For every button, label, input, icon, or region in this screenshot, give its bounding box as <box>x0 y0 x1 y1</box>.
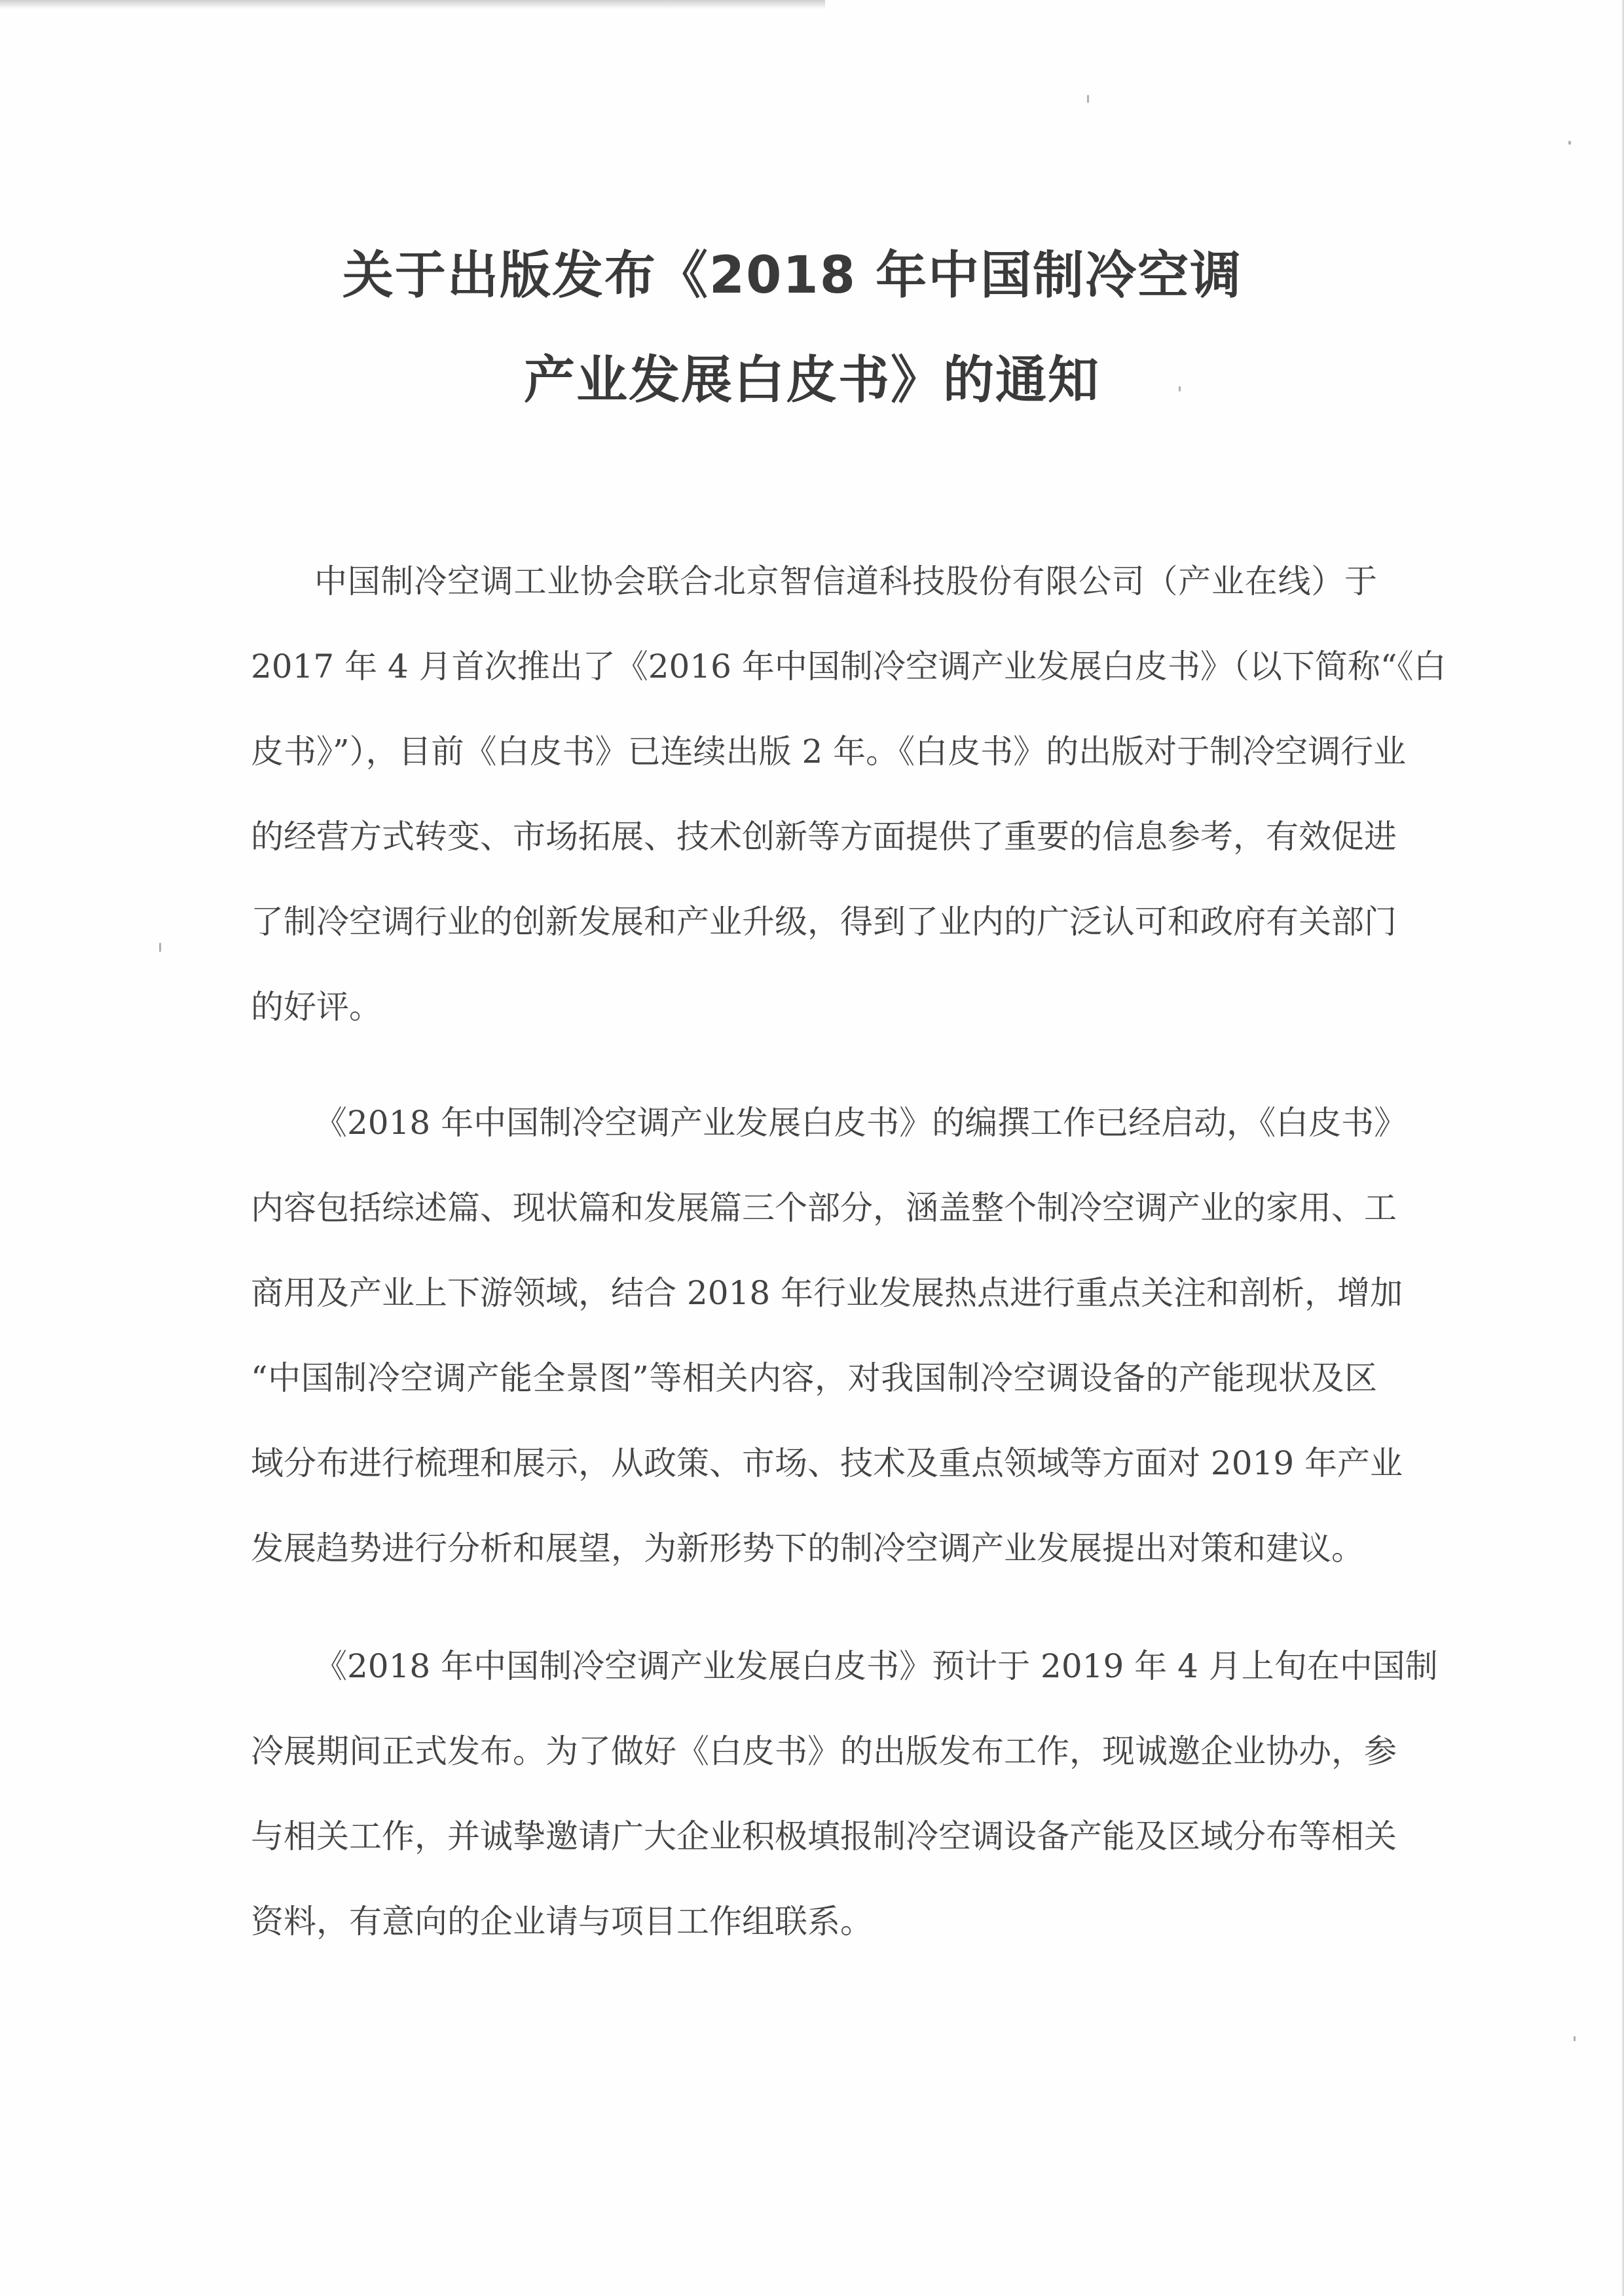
scan-speck <box>1087 95 1089 103</box>
paragraph-line: 皮书》”），目前《白皮书》已连续出版 2 年。《白皮书》的出版对于制冷空调行业 <box>251 732 1377 771</box>
paragraph-line: 《2018 年中国制冷空调产业发展白皮书》预计于 2019 年 4 月上旬在中国… <box>314 1647 1377 1686</box>
paragraph-line: 中国制冷空调工业协会联合北京智信道科技股份有限公司（产业在线）于 <box>314 562 1377 601</box>
scan-edge-artifact <box>0 0 825 9</box>
scan-speck <box>1568 141 1571 145</box>
paragraph-line: 的好评。 <box>251 987 1377 1027</box>
scan-edge-artifact <box>1621 0 1624 2296</box>
scanned-page: 关于出版发布《2018 年中国制冷空调 产业发展白皮书》的通知 中国制冷空调工业… <box>0 0 1624 2296</box>
paragraph-line: 资料，有意向的企业请与项目工作组联系。 <box>251 1902 1377 1941</box>
paragraph-line: 与相关工作，并诚挚邀请广大企业积极填报制冷空调设备产能及区域分布等相关 <box>251 1817 1377 1856</box>
paragraph-line: 域分布进行梳理和展示，从政策、市场、技术及重点领域等方面对 2019 年产业 <box>251 1444 1377 1483</box>
scan-speck <box>159 943 161 952</box>
paragraph-line: 了制冷空调行业的创新发展和产业升级，得到了业内的广泛认可和政府有关部门 <box>251 902 1377 941</box>
paragraph-line: “中国制冷空调产能全景图”等相关内容，对我国制冷空调设备的产能现状及区 <box>251 1358 1377 1398</box>
paragraph-line: 内容包括综述篇、现状篇和发展篇三个部分，涵盖整个制冷空调产业的家用、工 <box>251 1188 1377 1228</box>
scan-speck <box>1574 2036 1576 2041</box>
paragraph-line: 发展趋势进行分析和展望，为新形势下的制冷空调产业发展提出对策和建议。 <box>251 1529 1377 1568</box>
document-title-line-1: 关于出版发布《2018 年中国制冷空调 <box>0 246 1604 305</box>
paragraph-line: 冷展期间正式发布。为了做好《白皮书》的出版发布工作，现诚邀企业协办，参 <box>251 1732 1377 1771</box>
paragraph-line: 商用及产业上下游领域，结合 2018 年行业发展热点进行重点关注和剖析，增加 <box>251 1273 1377 1313</box>
paragraph-line: 2017 年 4 月首次推出了《2016 年中国制冷空调产业发展白皮书》（以下简… <box>251 647 1377 686</box>
paragraph-line: 《2018 年中国制冷空调产业发展白皮书》的编撰工作已经启动，《白皮书》 <box>314 1103 1377 1142</box>
document-title-line-2: 产业发展白皮书》的通知 <box>0 351 1624 410</box>
paragraph-line: 的经营方式转变、市场拓展、技术创新等方面提供了重要的信息参考，有效促进 <box>251 817 1377 856</box>
